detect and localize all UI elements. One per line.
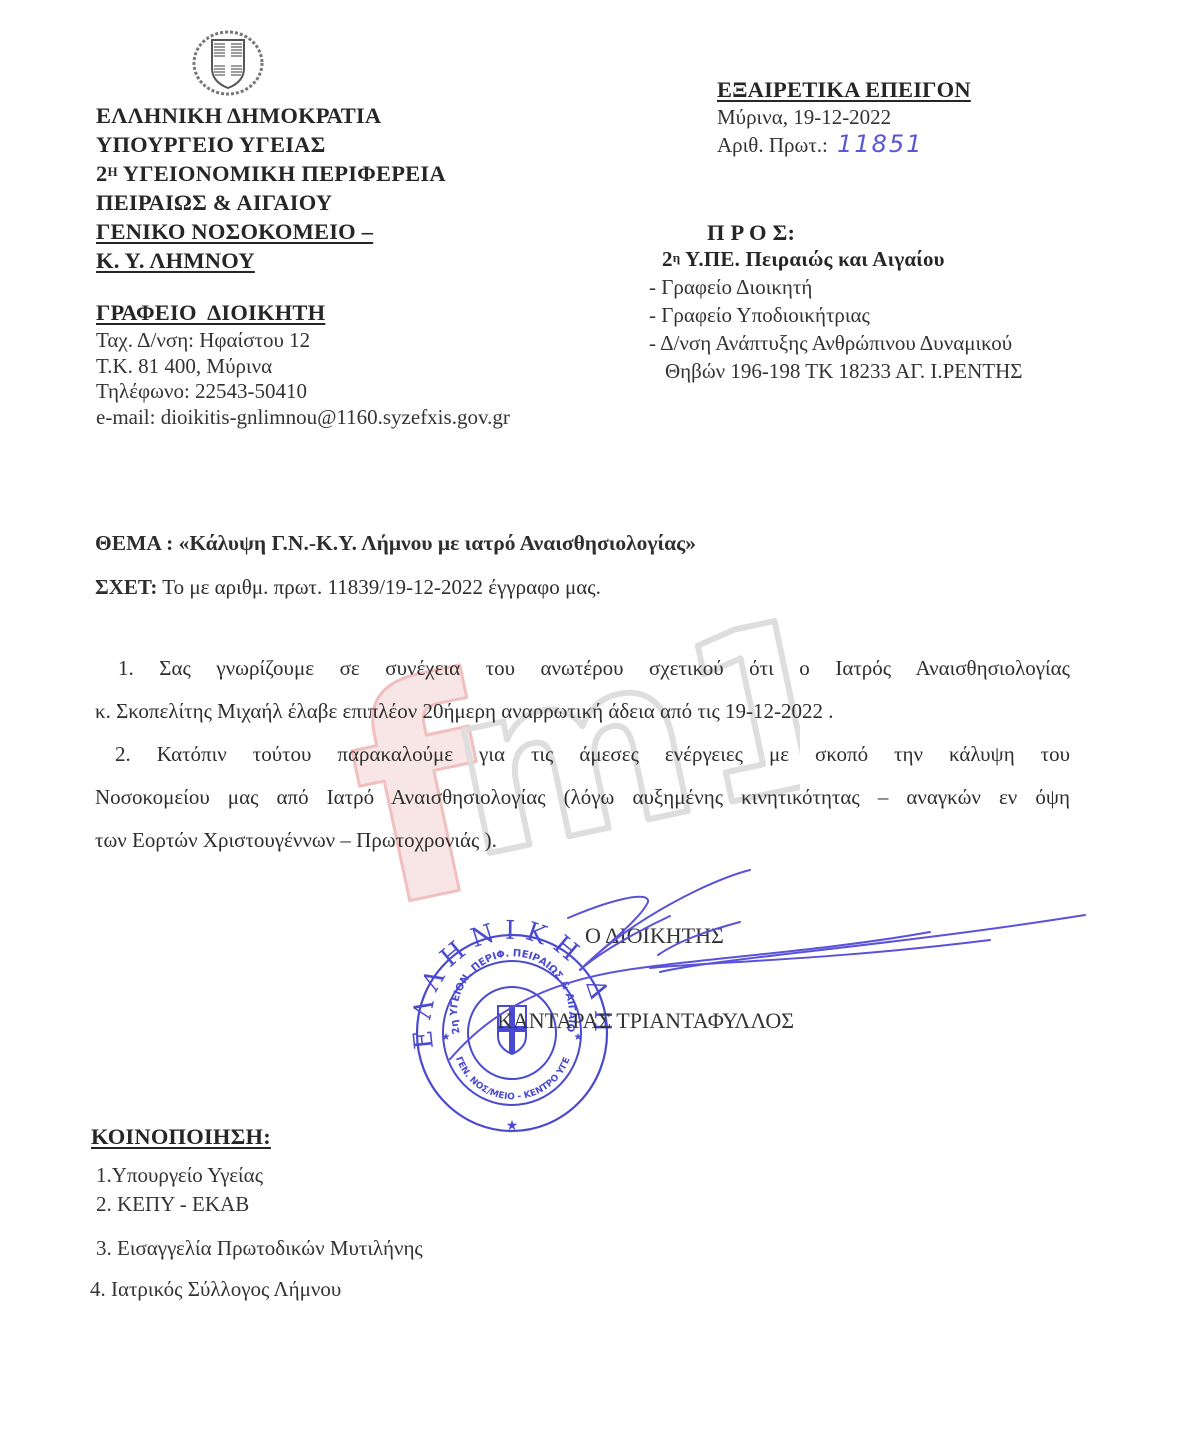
recipient-address: Θηβών 196-198 ΤΚ 18233 ΑΓ. Ι.ΡΕΝΤΗΣ <box>649 357 1023 385</box>
svg-text:★: ★ <box>506 1118 519 1134</box>
paragraph-2-line-1: 2. Κατόπιν τούτου παρακαλούμε για τις άμ… <box>115 742 1070 767</box>
urgency-label: ΕΞΑΙΡΕΤΙΚΑ ΕΠΕΙΓΟΝ <box>717 75 971 104</box>
sender-email[interactable]: e-mail: dioikitis-gnlimnou@1160.syzefxis… <box>96 405 510 431</box>
paragraph-1-line-2: κ. Σκοπελίτης Μιχαήλ έλαβε επιπλέον 20ήμ… <box>95 699 834 724</box>
distribution-heading: ΚΟΙΝΟΠΟΙΗΣΗ: <box>91 1122 271 1151</box>
reference-label: ΣΧΕΤ: <box>95 575 157 599</box>
coat-of-arms-emblem <box>190 28 266 103</box>
sender-block: ΕΛΛΗΝΙΚΗ ΔΗΜΟΚΡΑΤΙΑ ΥΠΟΥΡΓΕΙΟ ΥΓΕΙΑΣ 2Η … <box>96 101 446 275</box>
protocol-number: Αριθ. Πρωτ.: 11851 <box>717 132 923 159</box>
sender-line-health-center: Κ. Υ. ΛΗΜΝΟΥ <box>96 246 446 275</box>
sender-line-hospital: ΓΕΝΙΚΟ ΝΟΣΟΚΟΜΕΙΟ – <box>96 217 446 246</box>
recipient-heading: Π Ρ Ο Σ: <box>707 218 795 247</box>
place-date: Μύρινα, 19-12-2022 <box>717 105 891 131</box>
recipient-org: 2η Υ.ΠΕ. Πειραιώς και Αιγαίου <box>662 245 945 274</box>
distribution-item: 3. Εισαγγελία Πρωτοδικών Μυτιλήνης <box>96 1236 423 1262</box>
sender-line-piraeus: ΠΕΙΡΑΙΩΣ & ΑΙΓΑΙΟΥ <box>96 188 446 217</box>
distribution-item: 2. ΚΕΠΥ - ΕΚΑΒ <box>96 1192 249 1218</box>
sender-address: Ταχ. Δ/νση: Ηφαίστου 12 <box>96 328 510 354</box>
distribution-item: 1.Υπουργείο Υγείας <box>96 1163 263 1189</box>
handwritten-signature <box>410 860 1090 1065</box>
protocol-label: Αριθ. Πρωτ.: <box>717 133 828 157</box>
recipient-item: - Δ/νση Ανάπτυξης Ανθρώπινου Δυναμικού <box>649 329 1023 357</box>
sender-contact: Ταχ. Δ/νση: Ηφαίστου 12 Τ.Κ. 81 400, Μύρ… <box>96 328 510 430</box>
sender-phone: Τηλέφωνο: 22543-50410 <box>96 379 510 405</box>
reference-text: Το με αριθμ. πρωτ. 11839/19-12-2022 έγγρ… <box>162 575 601 599</box>
distribution-item: 4. Ιατρικός Σύλλογος Λήμνου <box>90 1277 341 1303</box>
sender-postal-code: Τ.Κ. 81 400, Μύρινα <box>96 354 510 380</box>
sender-line-region: 2Η ΥΓΕΙΟΝΟΜΙΚΗ ΠΕΡΙΦΕΡΕΙΑ <box>96 159 446 188</box>
recipient-item: - Γραφείο Υποδιοικήτριας <box>649 301 1023 329</box>
paragraph-1-line-1: 1. Σας γνωρίζουμε σε συνέχεια του ανωτέρ… <box>118 656 1070 681</box>
recipient-list: - Γραφείο Διοικητή - Γραφείο Υποδιοικήτρ… <box>649 273 1023 385</box>
recipient-item: - Γραφείο Διοικητή <box>649 273 1023 301</box>
protocol-number-handwritten: 11851 <box>837 130 923 158</box>
subject-label: ΘΕΜΑ : <box>95 531 173 555</box>
subject-text: «Κάλυψη Γ.Ν.-Κ.Υ. Λήμνου με ιατρό Αναισθ… <box>179 531 696 555</box>
office-title: ΓΡΑΦΕΙΟ ΔΙΟΙΚΗΤΗ <box>96 298 325 327</box>
subject-line: ΘΕΜΑ : «Κάλυψη Γ.Ν.-Κ.Υ. Λήμνου με ιατρό… <box>95 531 696 556</box>
sender-line-ministry: ΥΠΟΥΡΓΕΙΟ ΥΓΕΙΑΣ <box>96 130 446 159</box>
sender-line-republic: ΕΛΛΗΝΙΚΗ ΔΗΜΟΚΡΑΤΙΑ <box>96 101 446 130</box>
paragraph-2-line-2: Νοσοκομείου μας από Ιατρό Αναισθησιολογί… <box>95 785 1070 810</box>
reference-line: ΣΧΕΤ: Το με αριθμ. πρωτ. 11839/19-12-202… <box>95 575 601 600</box>
paragraph-2-line-3: των Εορτών Χριστουγέννων – Πρωτοχρονιάς … <box>95 828 497 853</box>
